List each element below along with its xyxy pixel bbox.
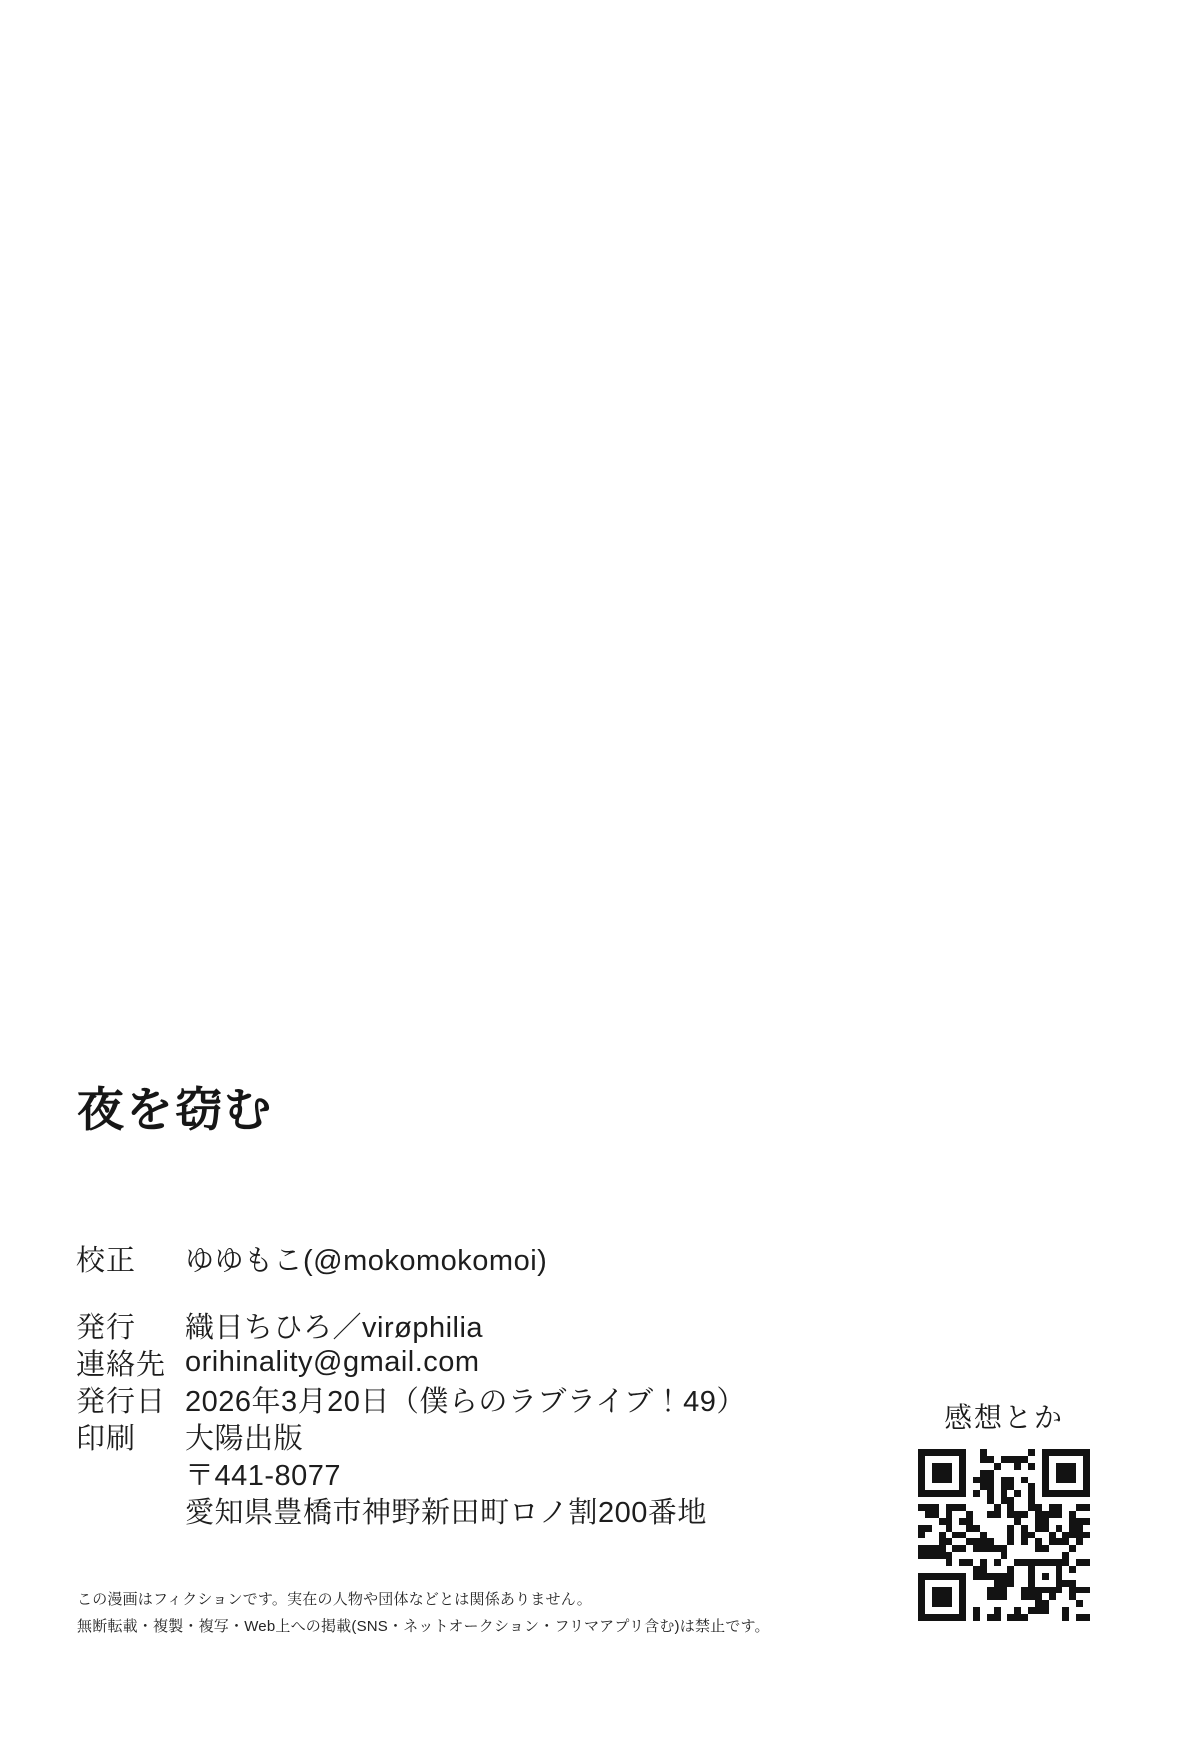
- credit-row: 発行織日ちひろ／virøphilia: [76, 1307, 746, 1344]
- book-title: 夜を窃む: [77, 1073, 273, 1140]
- credit-value: orihinality@gmail.com: [185, 1346, 480, 1379]
- credit-label: 校正: [76, 1238, 185, 1279]
- credit-label: 印刷: [76, 1416, 185, 1457]
- credit-label: 発行日: [76, 1379, 185, 1420]
- credit-row: 〒441-8077: [76, 1455, 746, 1492]
- disclaimer: この漫画はフィクションです。実在の人物や団体などとは関係ありません。 無断転載・…: [77, 1586, 770, 1640]
- disclaimer-line-fiction: この漫画はフィクションです。実在の人物や団体などとは関係ありません。: [77, 1586, 770, 1613]
- credits-list: 校正ゆゆもこ(@mokomokomoi)発行織日ちひろ／virøphilia連絡…: [76, 1240, 746, 1529]
- credit-value: ゆゆもこ(@mokomokomoi): [185, 1238, 547, 1279]
- disclaimer-line-copyright: 無断転載・複製・複写・Web上への掲載(SNS・ネットオークション・フリマアプリ…: [77, 1613, 770, 1640]
- colophon-page: 夜を窃む 校正ゆゆもこ(@mokomokomoi)発行織日ちひろ／virøphi…: [0, 0, 1200, 1742]
- qr-code: [918, 1449, 1090, 1621]
- credit-row: 印刷大陽出版: [76, 1418, 746, 1455]
- credit-label: 発行: [76, 1305, 185, 1346]
- credit-row: 連絡先orihinality@gmail.com: [76, 1344, 746, 1381]
- credit-value: 織日ちひろ／virøphilia: [185, 1305, 483, 1346]
- credit-value: 〒441-8077: [185, 1453, 341, 1494]
- credit-row: 発行日2026年3月20日（僕らのラブライブ！49）: [76, 1381, 746, 1418]
- credit-value: 2026年3月20日（僕らのラブライブ！49）: [185, 1379, 746, 1420]
- credit-label: 連絡先: [76, 1342, 185, 1383]
- credit-row: 校正ゆゆもこ(@mokomokomoi): [76, 1240, 746, 1277]
- credit-value: 大陽出版: [185, 1416, 303, 1457]
- credit-value: 愛知県豊橋市神野新田町ロノ割200番地: [185, 1490, 707, 1531]
- credit-row: 愛知県豊橋市神野新田町ロノ割200番地: [76, 1492, 746, 1529]
- feedback-label: 感想とか: [916, 1396, 1092, 1436]
